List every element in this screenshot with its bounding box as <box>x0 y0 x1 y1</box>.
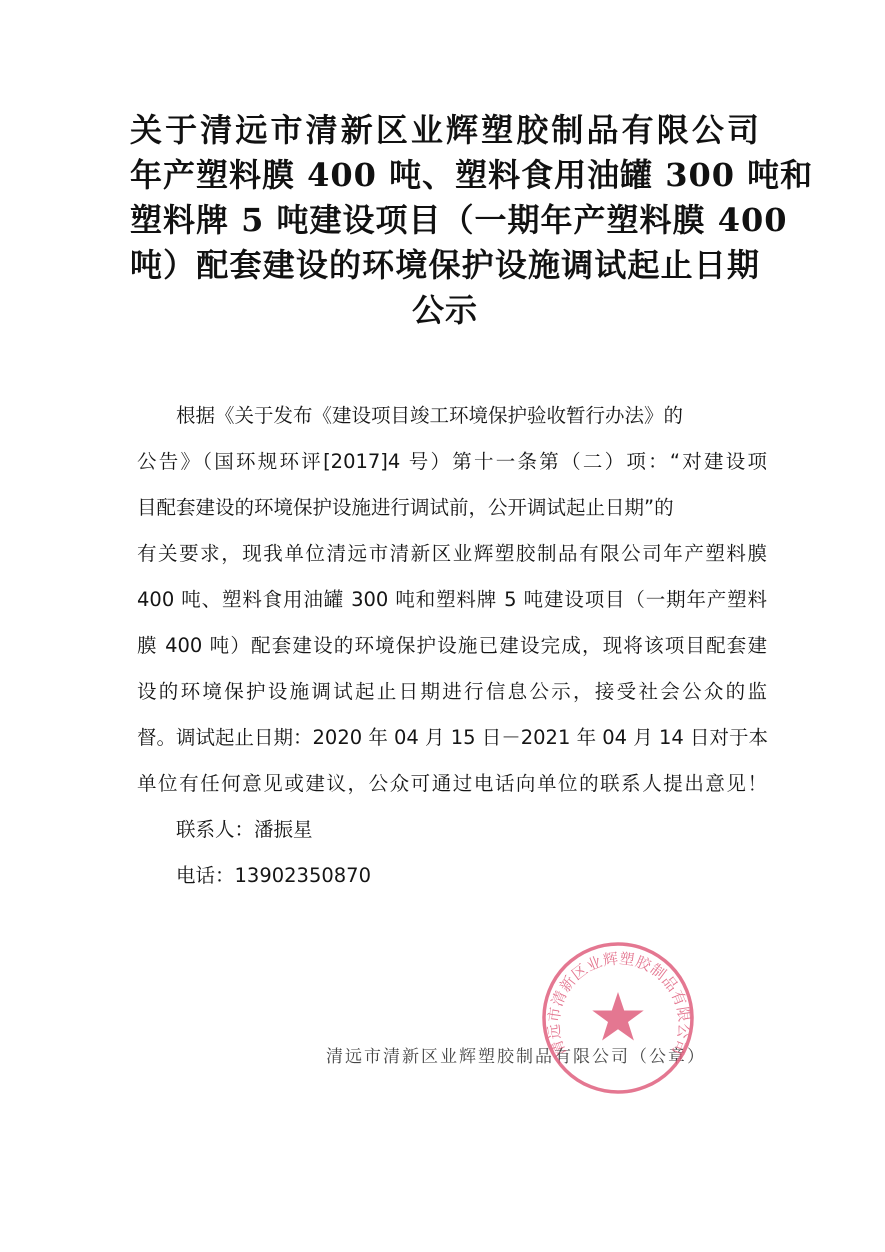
title-line-2: 年产塑料膜 400 吨、塑料食用油罐 300 吨和 <box>130 153 760 198</box>
body-line-6: 膜 400 吨）配套建设的环境保护设施已建设完成，现将该项目配套建 <box>137 623 767 669</box>
star-icon <box>592 992 643 1041</box>
company-seal-stamp: 清远市清新区业辉塑胶制品有限公司 <box>540 940 696 1096</box>
notice-body: 根据《关于发布《建设项目竣工环境保护验收暂行办法》的 公告》（国环规环评[201… <box>137 393 767 899</box>
body-line-1: 根据《关于发布《建设项目竣工环境保护验收暂行办法》的 <box>137 393 767 439</box>
contact-phone-label: 电话： <box>176 864 235 887</box>
body-line-9: 单位有任何意见或建议，公众可通过电话向单位的联系人提出意见！ <box>137 761 767 807</box>
company-signature: 清远市清新区业辉塑胶制品有限公司（公章） <box>326 1042 706 1067</box>
title-line-3: 塑料牌 5 吨建设项目（一期年产塑料膜 400 <box>130 198 760 243</box>
document-title: 关于清远市清新区业辉塑胶制品有限公司 年产塑料膜 400 吨、塑料食用油罐 30… <box>130 108 760 333</box>
body-line-4: 有关要求，现我单位清远市清新区业辉塑胶制品有限公司年产塑料膜 <box>137 531 767 577</box>
contact-phone-number: 13902350870 <box>235 864 371 887</box>
title-line-4: 吨）配套建设的环境保护设施调试起止日期 <box>130 243 760 288</box>
document-page: 关于清远市清新区业辉塑胶制品有限公司 年产塑料膜 400 吨、塑料食用油罐 30… <box>0 0 885 1252</box>
body-line-5: 400 吨、塑料食用油罐 300 吨和塑料牌 5 吨建设项目（一期年产塑料 <box>137 577 767 623</box>
title-line-5: 公示 <box>130 288 760 333</box>
contact-person: 联系人：潘振星 <box>137 807 767 853</box>
body-line-7: 设的环境保护设施调试起止日期进行信息公示，接受社会公众的监 <box>137 669 767 715</box>
contact-person-name: 潘振星 <box>254 818 313 841</box>
body-line-2: 公告》（国环规环评[2017]4 号）第十一条第（二）项：“对建设项 <box>137 439 767 485</box>
contact-person-label: 联系人： <box>176 818 254 841</box>
body-line-3: 目配套建设的环境保护设施进行调试前，公开调试起止日期”的 <box>137 485 767 531</box>
title-line-1: 关于清远市清新区业辉塑胶制品有限公司 <box>130 108 760 153</box>
contact-phone: 电话：13902350870 <box>137 853 767 899</box>
body-line-8: 督。调试起止日期：2020 年 04 月 15 日－2021 年 04 月 14… <box>137 715 767 761</box>
